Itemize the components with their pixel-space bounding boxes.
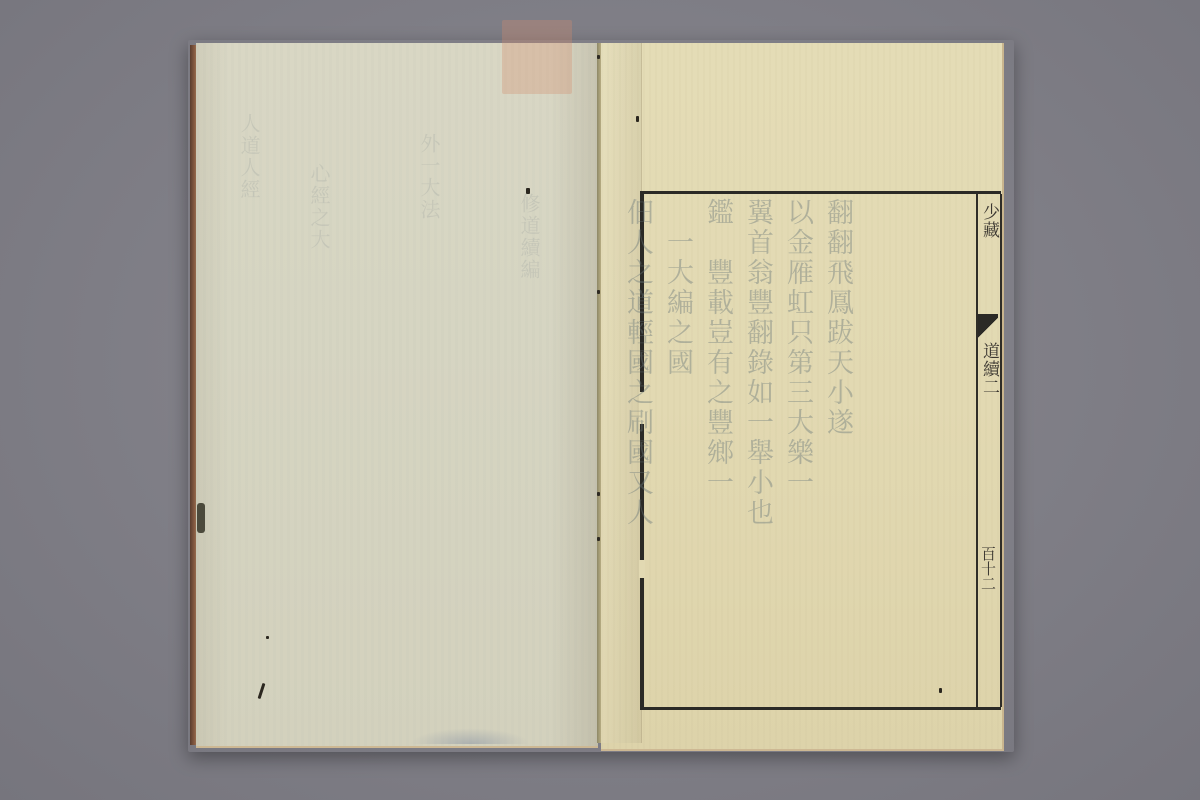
stitch-hole [597, 537, 600, 541]
block-heart-volume: 道續二 [980, 342, 997, 396]
text-column [858, 198, 896, 703]
bleed-through-text: 心經之大 [306, 163, 332, 251]
water-stain [410, 728, 530, 744]
text-column: 佃人之道輕國之刷國又人 [618, 198, 656, 703]
ink-speck [266, 636, 269, 639]
ink-speck [636, 116, 639, 122]
text-column [898, 198, 936, 703]
block-heart-title: 少藏 [980, 203, 997, 239]
block-heart-column [976, 194, 1002, 707]
text-column: 翻翻飛鳳跋天小遂 [818, 198, 856, 703]
stitch-hole [597, 290, 600, 294]
ink-speck [526, 188, 530, 194]
text-column [938, 198, 976, 703]
text-column: 翼首翁豐翻錄如一舉小也 [738, 198, 776, 703]
bleed-through-text: 修道續編 [516, 193, 542, 281]
printed-text-body: 翻翻飛鳳跋天小遂 以金雁虹只第三大樂一 翼首翁豐翻錄如一舉小也 鑑 豐載豈有之豐… [648, 198, 976, 703]
block-heart-page-number: 百十二 [980, 546, 995, 591]
edge-damage [197, 503, 205, 533]
bleed-through-text: 外一大法 [416, 133, 442, 221]
text-column: 以金雁虹只第三大樂一 [778, 198, 816, 703]
stitch-hole [597, 55, 600, 59]
seal-stamp-ghost [502, 20, 572, 94]
text-column: 一大編之國 [658, 198, 696, 703]
ink-speck [939, 688, 942, 693]
text-column: 鑑 豐載豈有之豐鄉一 [698, 198, 736, 703]
left-page: 人道人經 心經之大 外一大法 修道續編 [196, 43, 598, 748]
stitch-hole [597, 492, 600, 496]
fishtail-ornament-icon [978, 314, 998, 340]
bleed-through-text: 人道人經 [236, 113, 262, 201]
